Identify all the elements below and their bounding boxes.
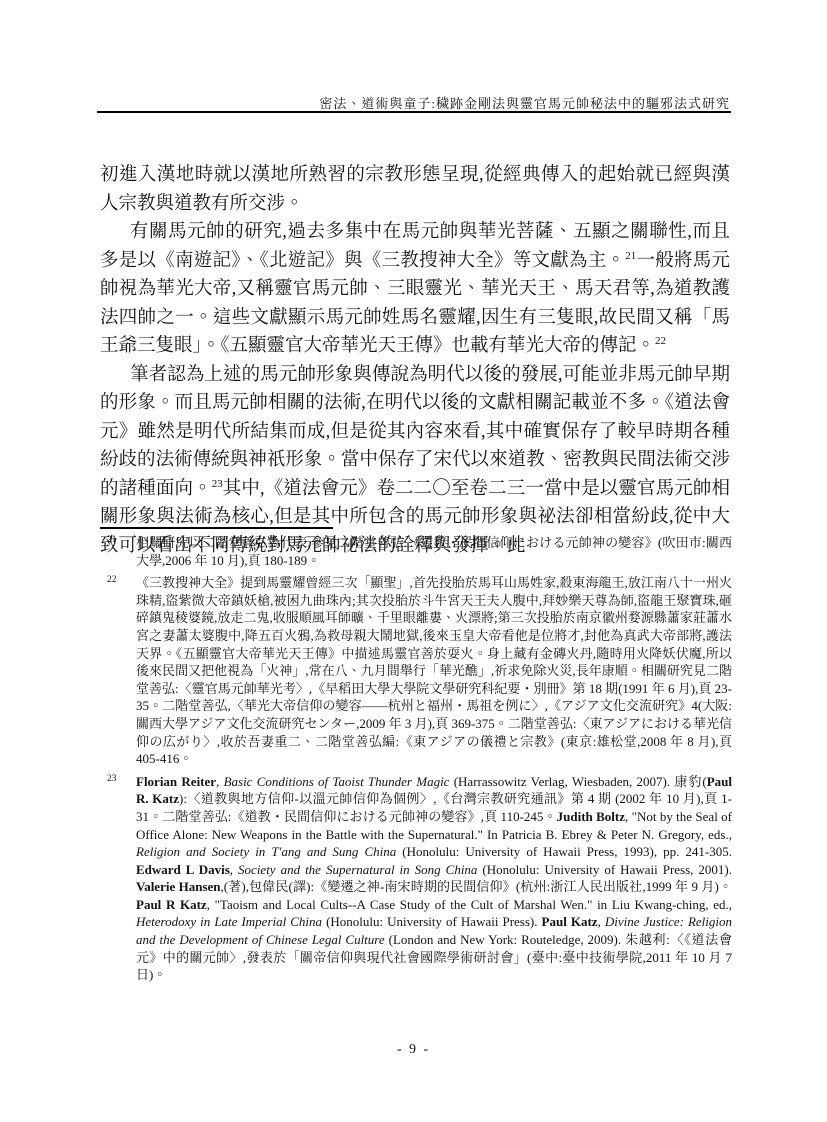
header-rule [97,111,731,113]
footnote-ref: 22 [655,335,666,347]
text-run: Edward L Davis [136,862,230,877]
footnote-number: 22 [107,572,117,590]
footnote-separator [100,527,333,529]
body-text: 初進入漢地時就以漢地所熟習的宗教形態呈現,從經典傳入的起始就已經與漢人宗教與道教… [100,161,730,560]
running-header-title: 密法、道術與童子:穢跡金剛法與靈官馬元帥秘法中的驅邪法式研究 [97,93,730,112]
text-run: Paul Katz [542,914,598,929]
text-run: , [598,914,605,929]
text-run: ,(著),包偉民(譯):《變遷之神-南宋時期的民間信仰》(杭州:浙江人民出版社,… [221,879,732,894]
footnote-ref: 21 [625,249,636,261]
paragraph: 筆者認為上述的馬元帥形象與傳說為明代以後的發展,可能並非馬元帥早期的形象。而且馬… [100,361,730,561]
paragraph: 有關馬元帥的研究,過去多集中在馬元帥與華光菩薩、五顯之關聯性,而且多是以《南遊記… [100,218,730,361]
footnote-text: 相關研究以二階堂善弘為代表,參見二階堂善弘:《道教・民間信仰における元帥神の變容… [136,535,732,568]
footnote-ref: 23 [212,477,223,489]
text-run: Valerie Hansen [136,879,221,894]
text-run: (Honolulu: University of Hawaii Press, 1… [396,844,732,859]
footnote: 22《三教搜神大全》提到馬靈耀曾經三次「顯聖」,首先投胎於馬耳山馬姓家,殺東海龍… [100,574,732,768]
footnote: 21相關研究以二階堂善弘為代表,參見二階堂善弘:《道教・民間信仰における元帥神の… [100,534,732,569]
text-run: Florian Reiter [136,774,216,789]
footnote: 23Florian Reiter, Basic Conditions of Ta… [100,773,732,984]
footnote-text: 《三教搜神大全》提到馬靈耀曾經三次「顯聖」,首先投胎於馬耳山馬姓家,殺東海龍王,… [136,575,732,766]
text-run: , [230,862,238,877]
text-run: 相關研究以二階堂善弘為代表,參見二階堂善弘:《道教・民間信仰における元帥神の變容… [136,535,732,568]
paragraph: 初進入漢地時就以漢地所熟習的宗教形態呈現,從經典傳入的起始就已經與漢人宗教與道教… [100,161,730,218]
footnote-number: 23 [107,771,117,789]
page-number: - 9 - [0,1042,827,1058]
text-run: Society and the Supernatural in Song Chi… [238,862,477,877]
text-run: Heterodoxy in Late Imperial China [136,914,322,929]
text-run: (Honolulu: University of Hawaii Press). [322,914,541,929]
footnote-text: Florian Reiter, Basic Conditions of Taoi… [136,774,732,983]
text-run: Paul R Katz [136,897,207,912]
text-run: Basic Conditions of Taoist Thunder Magic [224,774,450,789]
text-run: Religion and Society in T'ang and Sung C… [136,844,396,859]
text-run: 《三教搜神大全》提到馬靈耀曾經三次「顯聖」,首先投胎於馬耳山馬姓家,殺東海龍王,… [136,575,732,766]
text-run: (Honolulu: University of Hawaii Press, 2… [477,862,732,877]
text-run: (Harrassowitz Verlag, Wiesbaden, 2007). … [449,774,706,789]
text-run: Judith Boltz [557,809,625,824]
document-page: 密法、道術與童子:穢跡金剛法與靈官馬元帥秘法中的驅邪法式研究 初進入漢地時就以漢… [0,0,827,1122]
text-run: 初進入漢地時就以漢地所熟習的宗教形態呈現,從經典傳入的起始就已經與漢人宗教與道教… [100,165,730,214]
text-run: , "Taoism and Local Cults--A Case Study … [207,897,732,912]
footnote-number: 21 [107,532,117,550]
footnotes: 21相關研究以二階堂善弘為代表,參見二階堂善弘:《道教・民間信仰における元帥神の… [100,534,732,989]
text-run: , [216,774,224,789]
